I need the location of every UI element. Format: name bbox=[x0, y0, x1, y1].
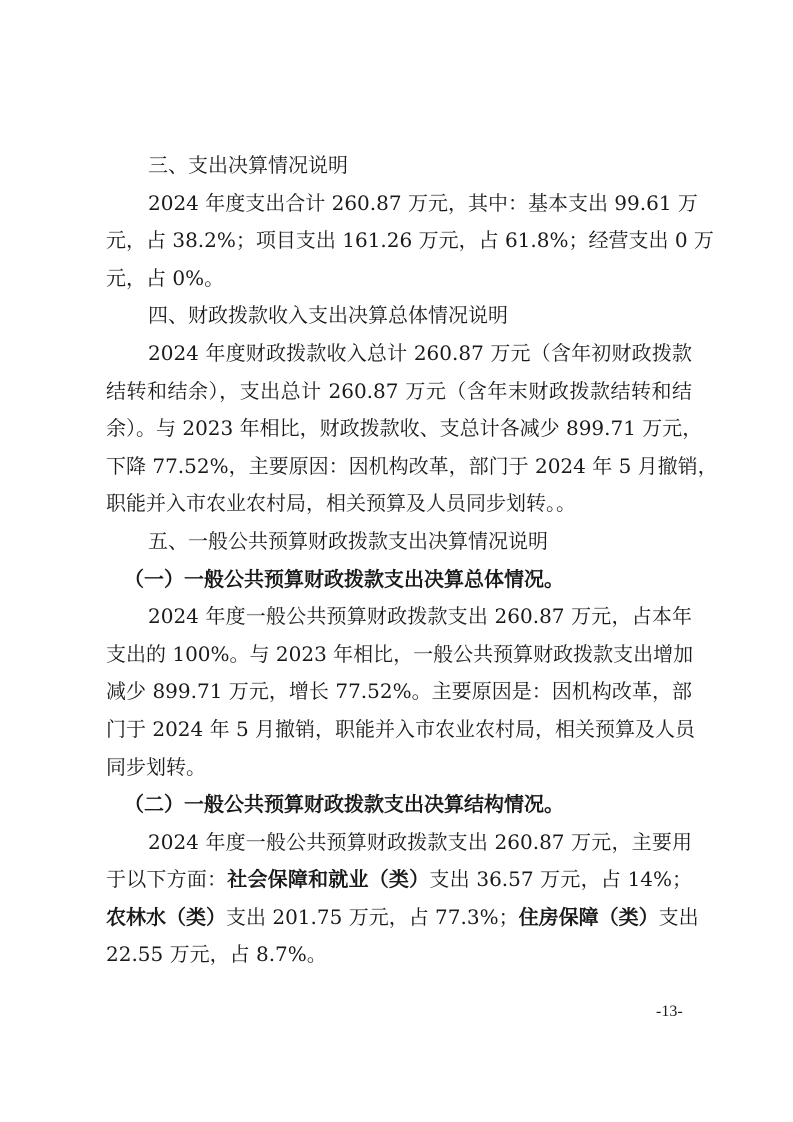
section-3-heading: 三、支出决算情况说明 bbox=[106, 147, 692, 185]
section-5-sub-2-heading: （二）一般公共预算财政拨款支出决算结构情况。 bbox=[106, 786, 692, 824]
section-4-heading: 四、财政拨款收入支出决算总体情况说明 bbox=[106, 297, 692, 335]
section-5-heading: 五、一般公共预算财政拨款支出决算情况说明 bbox=[106, 523, 692, 561]
section-4-line-1: 2024 年度财政拨款收入总计 260.87 万元（含年初财政拨款 bbox=[106, 335, 692, 373]
section-4-line-4: 下降 77.52%，主要原因：因机构改革，部门于 2024 年 5 月撤销， bbox=[106, 448, 692, 486]
category-social-security: 社会保障和就业（类） bbox=[227, 867, 429, 891]
section-3-line-2: 元，占 38.2%；项目支出 161.26 万元，占 61.8%；经营支出 0 … bbox=[106, 222, 692, 260]
page-number: -13- bbox=[656, 1003, 683, 1021]
section-5-sub-2-line-4: 22.55 万元，占 8.7%。 bbox=[106, 936, 692, 974]
category-social-security-text: 支出 36.57 万元，占 14%； bbox=[429, 867, 692, 891]
section-3-line-3: 元，占 0%。 bbox=[106, 260, 692, 298]
section-5-sub-1-heading: （一）一般公共预算财政拨款支出决算总体情况。 bbox=[106, 561, 692, 599]
category-agriculture-text: 支出 201.75 万元，占 77.3%； bbox=[226, 905, 519, 929]
category-housing-text: 支出 bbox=[659, 905, 699, 929]
line-prefix: 于以下方面： bbox=[106, 867, 227, 891]
section-3-line-1: 2024 年度支出合计 260.87 万元，其中：基本支出 99.61 万 bbox=[106, 185, 692, 223]
section-4-line-5: 职能并入市农业农村局，相关预算及人员同步划转。。 bbox=[106, 485, 692, 523]
section-5-sub-1-line-1: 2024 年度一般公共预算财政拨款支出 260.87 万元，占本年 bbox=[106, 598, 692, 636]
document-page: 三、支出决算情况说明 2024 年度支出合计 260.87 万元，其中：基本支出… bbox=[106, 147, 692, 974]
category-housing: 住房保障（类） bbox=[519, 905, 659, 929]
section-5-sub-1-line-4: 门于 2024 年 5 月撤销，职能并入市农业农村局，相关预算及人员 bbox=[106, 711, 692, 749]
section-5-sub-2-line-1: 2024 年度一般公共预算财政拨款支出 260.87 万元，主要用 bbox=[106, 824, 692, 862]
section-5-sub-1-line-2: 支出的 100%。与 2023 年相比，一般公共预算财政拨款支出增加 bbox=[106, 636, 692, 674]
section-4-line-2: 结转和结余），支出总计 260.87 万元（含年末财政拨款结转和结 bbox=[106, 373, 692, 411]
section-5-sub-2-line-3: 农林水（类）支出 201.75 万元，占 77.3%；住房保障（类）支出 bbox=[106, 899, 692, 937]
section-4-line-3: 余）。与 2023 年相比，财政拨款收、支总计各减少 899.71 万元， bbox=[106, 410, 692, 448]
category-agriculture: 农林水（类） bbox=[106, 905, 226, 929]
section-5-sub-1-line-3: 减少 899.71 万元，增长 77.52%。主要原因是：因机构改革，部 bbox=[106, 673, 692, 711]
section-5-sub-2-line-2: 于以下方面：社会保障和就业（类）支出 36.57 万元，占 14%； bbox=[106, 861, 692, 899]
section-5-sub-1-line-5: 同步划转。 bbox=[106, 749, 692, 787]
